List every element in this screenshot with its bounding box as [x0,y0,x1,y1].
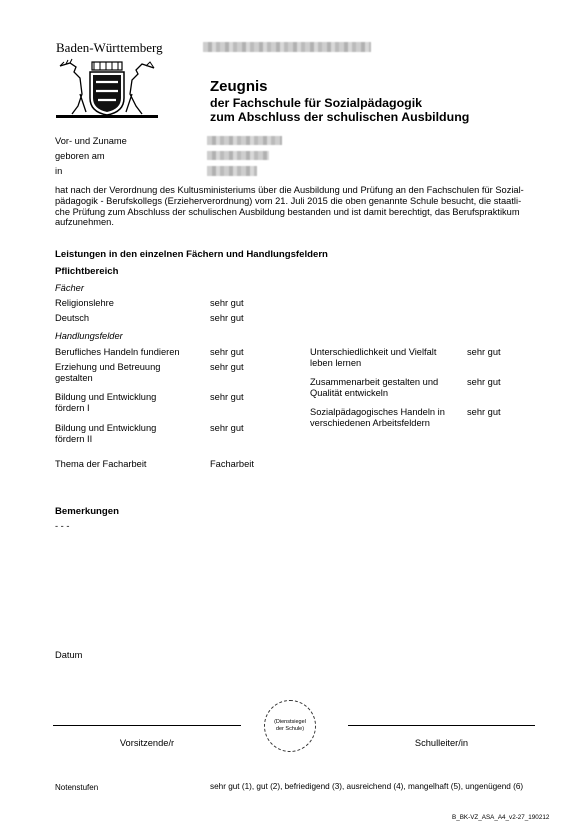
statement-paragraph: hat nach der Verordnung des Kultusminist… [55,185,533,228]
principal-signature-line [348,725,535,726]
seal-text: (Dienstsiegel der Schule) [270,719,310,733]
remarks-heading: Bemerkungen [55,506,119,517]
field-name: Bildung und Entwicklung fördern II [55,423,175,444]
thesis-label: Thema der Facharbeit [55,459,146,469]
subject-grade: sehr gut [210,313,244,323]
field-name: Erziehung und Betreuung gestalten [55,362,175,383]
remarks-value: - - - [55,521,69,531]
grade-scale-label: Notenstufen [55,783,98,792]
name-value-redacted [207,136,282,145]
field-grade: sehr gut [210,362,244,372]
field-grade: sehr gut [210,347,244,357]
official-seal-placeholder: (Dienstsiegel der Schule) [264,700,316,752]
coat-of-arms-icon [56,58,158,118]
fields-heading: Handlungsfelder [55,331,123,341]
field-name: Unterschiedlichkeit und Vielfalt leben l… [310,347,460,368]
subject-grade: sehr gut [210,298,244,308]
document-subtitle-2: zum Abschluss der schulischen Ausbildung [210,110,469,124]
form-code: B_BK-VZ_ASA_A4_v2-27_190212 [452,814,549,821]
field-name: Zusammenarbeit gestalten und Qualität en… [310,377,450,398]
school-name-redacted [203,42,371,52]
field-grade: sehr gut [467,377,501,387]
section-heading: Pflichtbereich [55,266,118,277]
subject-name: Deutsch [55,313,89,323]
field-grade: sehr gut [210,392,244,402]
document-title: Zeugnis [210,78,268,95]
principal-label: Schulleiter/in [348,738,535,748]
date-label: Datum [55,650,82,660]
field-name: Bildung und Entwicklung fördern I [55,392,175,413]
chair-label: Vorsitzende/r [53,738,241,748]
state-name: Baden-Württemberg [56,40,163,56]
birthplace-label: in [55,166,62,176]
name-label: Vor- und Zuname [55,136,127,146]
subject-name: Religionslehre [55,298,114,308]
document-subtitle-1: der Fachschule für Sozialpädagogik [210,96,422,110]
subjects-heading: Fächer [55,283,84,293]
birthdate-value-redacted [207,151,269,160]
field-grade: sehr gut [210,423,244,433]
performance-heading: Leistungen in den einzelnen Fächern und … [55,249,328,260]
field-name: Berufliches Handeln fundieren [55,347,210,358]
field-grade: sehr gut [467,407,501,417]
birthdate-label: geboren am [55,151,105,161]
thesis-value: Facharbeit [210,459,254,469]
grade-scale-value: sehr gut (1), gut (2), befriedigend (3),… [210,782,523,791]
field-name: Sozialpädagogisches Handeln in verschied… [310,407,460,428]
birthplace-value-redacted [207,166,257,176]
chair-signature-line [53,725,241,726]
field-grade: sehr gut [467,347,501,357]
